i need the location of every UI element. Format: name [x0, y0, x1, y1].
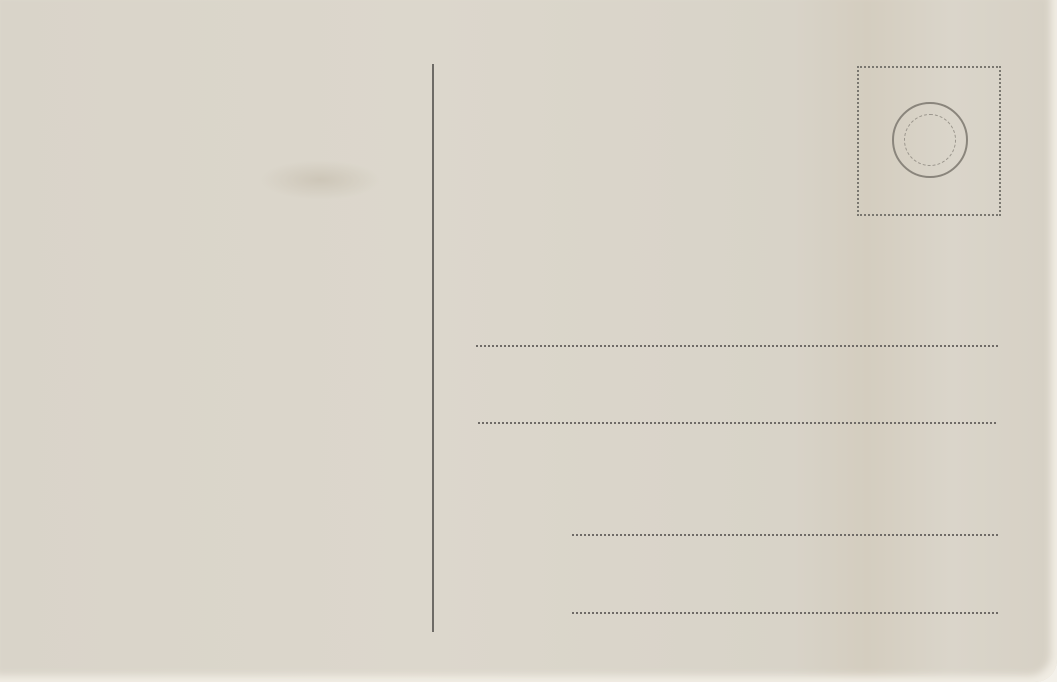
- address-line-4: [572, 612, 998, 614]
- address-line-3: [572, 534, 998, 536]
- postcard-back: [0, 0, 1057, 682]
- center-divider-line: [432, 64, 434, 632]
- address-line-2: [478, 422, 996, 424]
- postmark-seal-icon: [892, 102, 968, 178]
- address-line-1: [476, 345, 998, 347]
- stain-mark: [260, 160, 380, 200]
